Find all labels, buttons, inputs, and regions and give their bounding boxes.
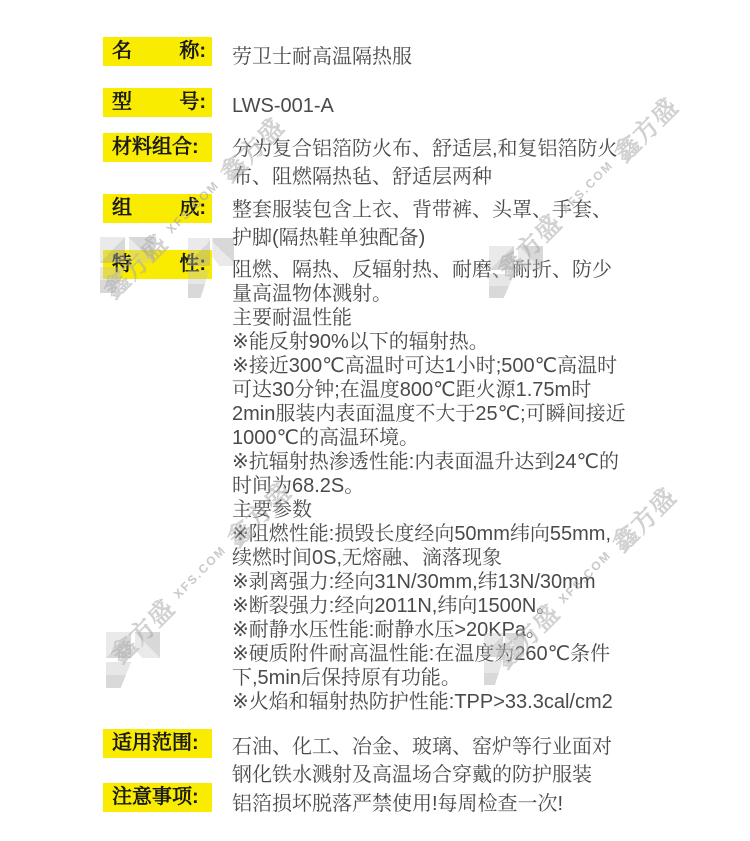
spec-value-scope: 石油、化工、冶金、玻璃、窑炉等行业面对 钢化铁水溅射及高温场合穿戴的防护服装 [232, 733, 672, 789]
spec-label-name: 名 称: [103, 37, 212, 66]
spec-value-material: 分为复合铝箔防火布、舒适层,和复铝箔防火 布、阻燃隔热毡、舒适层两种 [232, 135, 672, 191]
spec-line: 石油、化工、冶金、玻璃、窑炉等行业面对 [232, 733, 672, 761]
product-spec-sheet: 名 称: 劳卫士耐高温隔热服 型 号: LWS-001-A 材料组合: 分为复合… [0, 0, 750, 841]
spec-line: ※火焰和辐射热防护性能:TPP>33.3cal/cm2 [232, 690, 672, 714]
spec-line: 铝箔损坏脱落严禁使用!每周检查一次! [232, 790, 672, 818]
spec-line: 阻燃、隔热、反辐射热、耐磨、耐折、防少 [232, 258, 672, 282]
spec-label-material-text: 材料组合: [112, 133, 199, 162]
spec-label-scope: 适用范围: [103, 729, 212, 758]
spec-label-composition-text: 组 [112, 194, 132, 223]
xfs-logo-mark-icon [106, 632, 160, 688]
spec-label-features: 特 性: [103, 250, 212, 279]
spec-line: 钢化铁水溅射及高温场合穿戴的防护服装 [232, 761, 672, 789]
spec-value-model: LWS-001-A [232, 92, 672, 120]
spec-line: 时间为68.2S。 [232, 474, 672, 498]
spec-label-composition: 组 成: [103, 194, 212, 223]
spec-line: 续燃时间0S,无熔融、滴落现象 [232, 546, 672, 570]
spec-line: 主要耐温性能 [232, 306, 672, 330]
spec-label-model: 型 号: [103, 88, 212, 117]
spec-line: ※能反射90%以下的辐射热。 [232, 330, 672, 354]
spec-line: ※接近300℃高温时可达1小时;500℃高温时 [232, 354, 672, 378]
spec-value-notice: 铝箔损坏脱落严禁使用!每周检查一次! [232, 790, 672, 818]
spec-label-features-text: 特 [112, 250, 132, 279]
spec-label-notice: 注意事项: [103, 783, 212, 812]
spec-label-material: 材料组合: [103, 133, 212, 162]
spec-line: 主要参数 [232, 498, 672, 522]
spec-line: 1000℃的高温环境。 [232, 426, 672, 450]
spec-line: ※抗辐射热渗透性能:内表面温升达到24℃的 [232, 450, 672, 474]
spec-line: 分为复合铝箔防火布、舒适层,和复铝箔防火 [232, 135, 672, 163]
spec-line: 可达30分钟;在温度800℃距火源1.75m时 [232, 378, 672, 402]
spec-value-composition: 整套服装包含上衣、背带裤、头罩、手套、 护脚(隔热鞋单独配备) [232, 196, 672, 252]
spec-line: 量高温物体溅射。 [232, 282, 672, 306]
spec-line: LWS-001-A [232, 92, 672, 120]
spec-label-model-text: 号: [179, 88, 206, 117]
spec-label-composition-text: 成: [179, 194, 206, 223]
spec-label-name-text: 称: [179, 37, 206, 66]
spec-label-features-text: 性: [179, 250, 206, 279]
spec-line: 2min服装内表面温度不大于25℃;可瞬间接近 [232, 402, 672, 426]
spec-line: 下,5min后保持原有功能。 [232, 666, 672, 690]
spec-label-notice-text: 注意事项: [112, 783, 199, 812]
spec-line: ※阻燃性能:损毁长度经向50mm纬向55mm, [232, 522, 672, 546]
spec-value-features: 阻燃、隔热、反辐射热、耐磨、耐折、防少 量高温物体溅射。 主要耐温性能 ※能反射… [232, 258, 672, 714]
xfs-brand-cn: 鑫方盛 [101, 590, 182, 671]
spec-line: 布、阻燃隔热毡、舒适层两种 [232, 163, 672, 191]
spec-line: 劳卫士耐高温隔热服 [232, 43, 672, 71]
spec-line: ※断裂强力:经向2011N,纬向1500N。 [232, 594, 672, 618]
xfs-brand-en: XFS.COM [171, 543, 229, 601]
spec-label-name-text: 名 [112, 37, 132, 66]
spec-label-model-text: 型 [112, 88, 132, 117]
spec-line: 护脚(隔热鞋单独配备) [232, 224, 672, 252]
spec-line: ※耐静水压性能:耐静水压>20KPa。 [232, 618, 672, 642]
spec-line: ※硬质附件耐高温性能:在温度为260℃条件 [232, 642, 672, 666]
spec-value-name: 劳卫士耐高温隔热服 [232, 43, 672, 71]
spec-line: 整套服装包含上衣、背带裤、头罩、手套、 [232, 196, 672, 224]
spec-line: ※剥离强力:经向31N/30mm,纬13N/30mm [232, 570, 672, 594]
spec-label-scope-text: 适用范围: [112, 729, 199, 758]
